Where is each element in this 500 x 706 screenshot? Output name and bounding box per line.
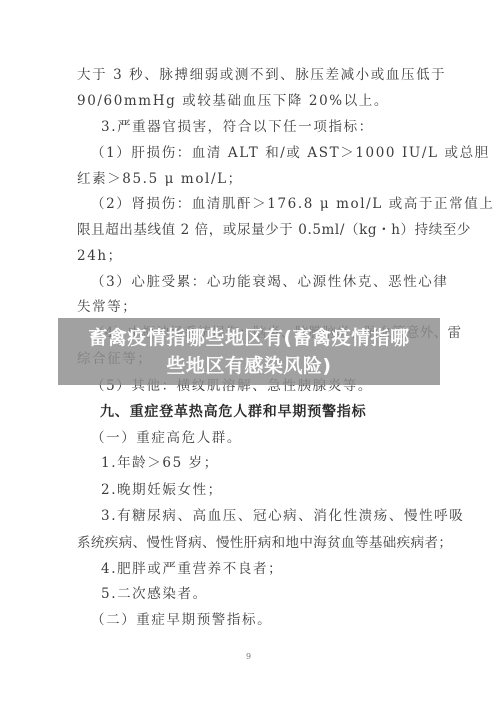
section-heading: 九、重症登革热高危人群和早期预警指标: [100, 403, 446, 421]
text-line: 24h；: [77, 247, 423, 265]
list-item: 3.有糖尿病、高血压、冠心病、消化性溃疡、慢性呼吸: [101, 507, 423, 525]
document-page: 大于 3 秒、脉搏细弱或测不到、脉压差减小或血压低于 90/60mmHg 或较基…: [0, 0, 500, 706]
overlay-title: 畜禽疫情指哪些地区有(畜禽疫情指哪 些地区有感染风险): [58, 318, 440, 380]
text-line: （2）肾损伤：血清肌酐＞176.8 μ mol/L 或高于正常值上: [91, 195, 423, 213]
text-line: 90/60mmHg 或较基础血压下降 20%以上。: [77, 92, 423, 110]
page-number: 9: [246, 652, 251, 661]
text-line: 限且超出基线值 2 倍，或尿量少于 0.5ml/（kg・h）持续至少: [77, 221, 423, 239]
text-line: 3.严重器官损害，符合以下任一项指标：: [101, 118, 423, 136]
text-line: 大于 3 秒、脉搏细弱或测不到、脉压差减小或血压低于: [77, 66, 423, 84]
list-item-continued: 系统疾病、慢性肾病、慢性肝病和地中海贫血等基础疾病者；: [77, 534, 423, 552]
overlay-title-line-2: 些地区有感染风险): [58, 352, 440, 380]
list-item: 4.肥胖或严重营养不良者；: [101, 560, 423, 578]
title-overlay-banner: 畜禽疫情指哪些地区有(畜禽疫情指哪 些地区有感染风险): [58, 318, 440, 385]
subsection-heading: （二）重症早期预警指标。: [91, 611, 437, 629]
subsection-heading: （一）重症高危人群。: [91, 429, 437, 447]
list-item: 2.晚期妊娠女性；: [101, 481, 423, 499]
text-line: 失常等；: [77, 298, 423, 316]
list-item: 1.年龄＞65 岁；: [101, 454, 423, 472]
overlay-title-line-1: 畜禽疫情指哪些地区有(畜禽疫情指哪: [58, 324, 440, 352]
text-line: （3）心脏受累：心功能衰竭、心源性休克、恶性心律: [91, 273, 423, 291]
text-line: 红素＞85.5 μ mol/L；: [77, 170, 423, 188]
list-item: 5.二次感染者。: [101, 585, 423, 603]
text-line: （1）肝损伤：血清 ALT 和/或 AST＞1000 IU/L 或总胆: [91, 144, 423, 162]
